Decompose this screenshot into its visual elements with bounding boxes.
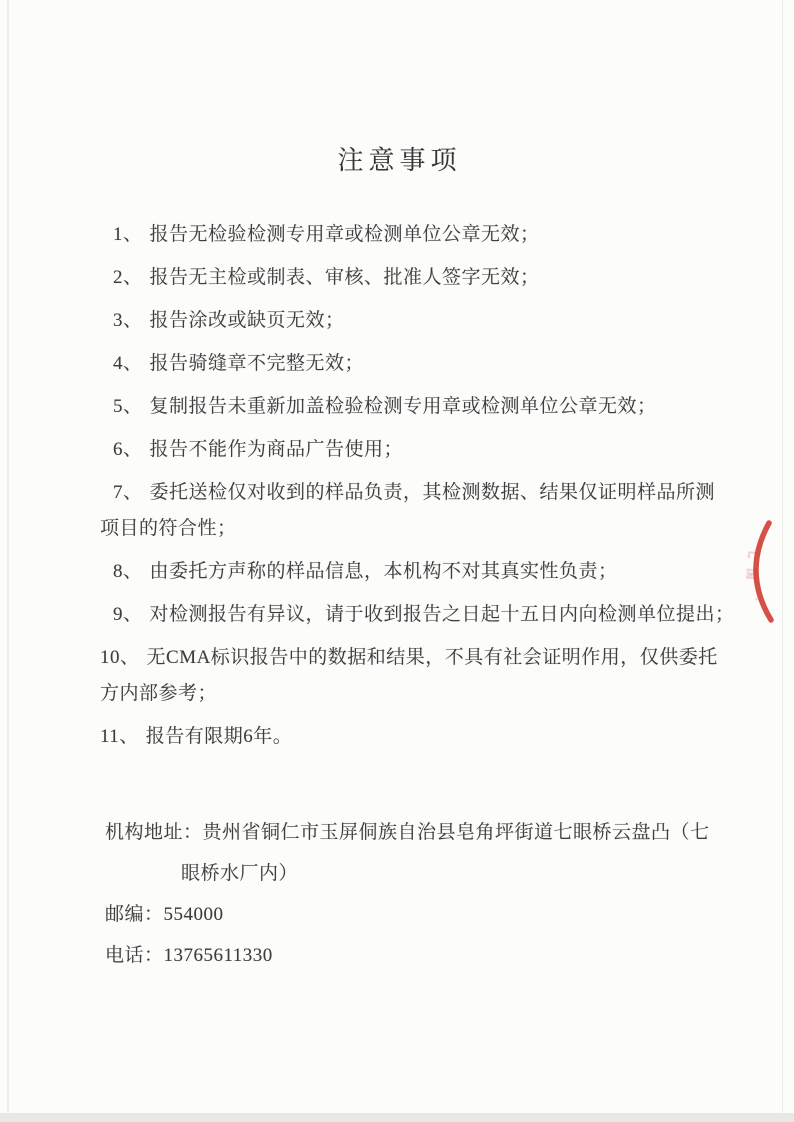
item-line: 4、报告骑缝章不完整无效； (100, 346, 750, 382)
postal-value: 554000 (164, 904, 224, 925)
item-line: 7、委托送检仅对收到的样品负责，其检测数据、结果仅证明样品所测 (100, 475, 750, 511)
list-item: 7、委托送检仅对收到的样品负责，其检测数据、结果仅证明样品所测 项目的符合性； (100, 475, 750, 547)
item-number: 7、 (113, 482, 143, 503)
item-text: 报告不能作为商品广告使用； (150, 439, 404, 460)
postal-label: 邮编： (105, 904, 164, 925)
address-text: 贵州省铜仁市玉屏侗族自治县皂角坪街道七眼桥云盘凸（七 (203, 822, 710, 843)
item-line: 9、对检测报告有异议，请于收到报告之日起十五日内向检测单位提出； (100, 597, 750, 633)
item-number: 2、 (113, 267, 143, 288)
item-number: 1、 (113, 224, 143, 245)
item-number: 5、 (113, 396, 143, 417)
item-line: 1、报告无检验检测专用章或检测单位公章无效； (100, 217, 750, 253)
item-line: 2、报告无主检或制表、审核、批准人签字无效； (100, 260, 750, 296)
seal-glyph-icon: 国 (743, 568, 760, 580)
item-line: 10、无CMA标识报告中的数据和结果，不具有社会证明作用，仅供委托 (100, 640, 750, 676)
postal-line: 邮编：554000 (105, 894, 745, 935)
item-number: 8、 (113, 561, 143, 582)
list-item: 5、复制报告未重新加盖检验检测专用章或检测单位公章无效； (100, 389, 750, 425)
item-number: 4、 (113, 353, 143, 374)
phone-label: 电话： (105, 945, 164, 966)
list-item: 3、报告涂改或缺页无效； (100, 303, 750, 339)
item-text: 复制报告未重新加盖检验检测专用章或检测单位公章无效； (150, 396, 657, 417)
item-text: 对检测报告有异议，请于收到报告之日起十五日内向检测单位提出； (150, 604, 735, 625)
item-line: 6、报告不能作为商品广告使用； (100, 432, 750, 468)
item-text: 委托送检仅对收到的样品负责，其检测数据、结果仅证明样品所测 (150, 482, 716, 503)
list-item: 4、报告骑缝章不完整无效； (100, 346, 750, 382)
item-text: 无CMA标识报告中的数据和结果，不具有社会证明作用，仅供委托 (147, 647, 718, 668)
item-text: 报告骑缝章不完整无效； (150, 353, 365, 374)
item-text: 报告涂改或缺页无效； (150, 310, 345, 331)
list-item: 11、报告有限期6年。 (100, 719, 750, 755)
list-item: 10、无CMA标识报告中的数据和结果，不具有社会证明作用，仅供委托 方内部参考； (100, 640, 750, 712)
document-page: 注意事项 1、报告无检验检测专用章或检测单位公章无效； 2、报告无主检或制表、审… (0, 0, 794, 1122)
list-item: 6、报告不能作为商品广告使用； (100, 432, 750, 468)
list-item: 1、报告无检验检测专用章或检测单位公章无效； (100, 217, 750, 253)
list-item: 9、对检测报告有异议，请于收到报告之日起十五日内向检测单位提出； (100, 597, 750, 633)
item-number: 11、 (100, 726, 139, 747)
item-number: 10、 (100, 647, 140, 668)
address-line-1: 机构地址：贵州省铜仁市玉屏侗族自治县皂角坪街道七眼桥云盘凸（七 (105, 812, 745, 853)
notes-list: 1、报告无检验检测专用章或检测单位公章无效； 2、报告无主检或制表、审核、批准人… (100, 217, 750, 762)
item-text: 报告有限期6年。 (146, 726, 293, 747)
phone-value: 13765611330 (164, 945, 273, 966)
item-line: 3、报告涂改或缺页无效； (100, 303, 750, 339)
list-item: 2、报告无主检或制表、审核、批准人签字无效； (100, 260, 750, 296)
seal-glyph-icon: 丶 (750, 594, 762, 604)
item-text: 报告无检验检测专用章或检测单位公章无效； (150, 224, 540, 245)
address-label: 机构地址： (105, 822, 203, 843)
item-line: 8、由委托方声称的样品信息，本机构不对其真实性负责； (100, 554, 750, 590)
item-line-continuation: 项目的符合性； (100, 511, 750, 547)
address-line-2: 眼桥水厂内） (105, 853, 745, 894)
item-text: 报告无主检或制表、审核、批准人签字无效； (150, 267, 540, 288)
item-line-continuation: 方内部参考； (100, 676, 750, 712)
list-item: 8、由委托方声称的样品信息，本机构不对其真实性负责； (100, 554, 750, 590)
item-number: 6、 (113, 439, 143, 460)
item-line: 11、报告有限期6年。 (100, 719, 750, 755)
page-title: 注意事项 (0, 140, 794, 177)
contact-block: 机构地址：贵州省铜仁市玉屏侗族自治县皂角坪街道七眼桥云盘凸（七 眼桥水厂内） 邮… (105, 812, 745, 976)
item-text: 由委托方声称的样品信息，本机构不对其真实性负责； (150, 561, 618, 582)
item-number: 3、 (113, 310, 143, 331)
scan-edge-bottom (0, 1113, 794, 1122)
item-number: 9、 (113, 604, 143, 625)
item-line: 5、复制报告未重新加盖检验检测专用章或检测单位公章无效； (100, 389, 750, 425)
phone-line: 电话：13765611330 (105, 935, 745, 976)
